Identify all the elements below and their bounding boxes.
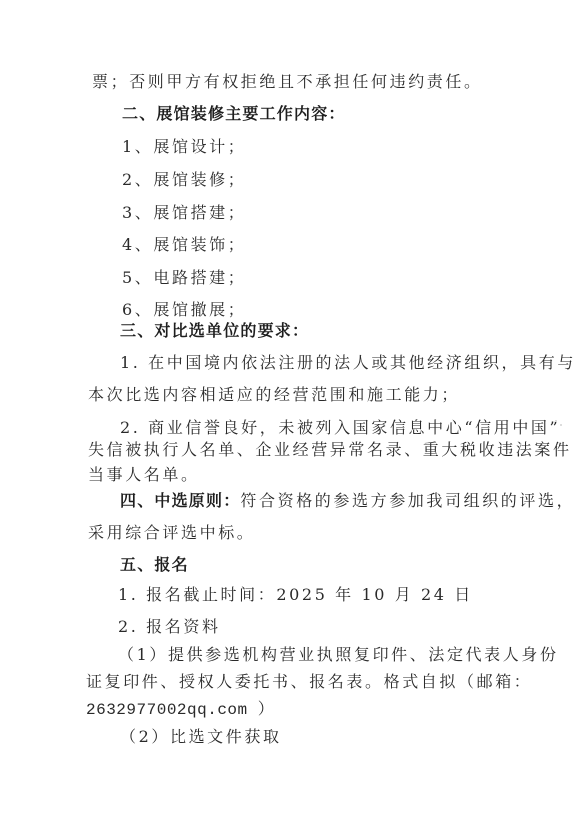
section-4-text: 符合资格的参选方参加我司组织的评选， <box>240 491 575 510</box>
requirement-1: 1. 在中国境内依法注册的法人或其他经济组织，具有与 <box>120 353 576 373</box>
paragraph-continuation: 票；否则甲方有权拒绝且不承担任何违约责任。 <box>92 72 483 92</box>
section-4: 四、中选原则：符合资格的参选方参加我司组织的评选， <box>120 491 575 511</box>
requirement-1-cont: 本次比选内容相适应的经营范围和施工能力； <box>88 385 460 405</box>
list-item: 3、展馆搭建； <box>122 203 246 223</box>
section-heading-4: 四、中选原则： <box>120 491 240 510</box>
list-item: 4、展馆装饰； <box>122 235 246 255</box>
list-item: 2、展馆装修； <box>122 170 246 190</box>
list-item: 1、展馆设计； <box>122 137 246 157</box>
section-heading-3: 三、对比选单位的要求： <box>120 321 309 341</box>
materials-heading: 2. 报名资料 <box>118 617 221 637</box>
requirement-2-cont: 当事人名单。 <box>88 465 200 485</box>
deadline: 1. 报名截止时间：2025 年 10 月 24 日 <box>118 585 473 605</box>
requirement-2: 2. 商业信誉良好，未被列入国家信息中心“信用中国” <box>120 418 560 438</box>
list-item: 5、电路搭建； <box>122 268 246 288</box>
materials-1: （1）提供参选机构营业执照复印件、法定代表人身份 <box>118 645 559 665</box>
requirement-2-cont: 失信被执行人名单、企业经营异常名录、重大税收违法案件 <box>88 440 572 460</box>
scan-speck <box>560 424 562 426</box>
scan-speck <box>555 420 557 422</box>
materials-1-cont: 证复印件、授权人委托书、报名表。格式自拟（邮箱： <box>86 672 532 692</box>
section-heading-5: 五、报名 <box>120 555 189 575</box>
materials-2: （2）比选文件获取 <box>120 727 282 747</box>
section-heading-2: 二、展馆装修主要工作内容： <box>122 104 346 124</box>
email-address: 2632977002qq.com ） <box>86 700 274 720</box>
section-4-cont: 采用综合评选中标。 <box>88 523 255 543</box>
list-item: 6、展馆撤展； <box>122 300 246 320</box>
